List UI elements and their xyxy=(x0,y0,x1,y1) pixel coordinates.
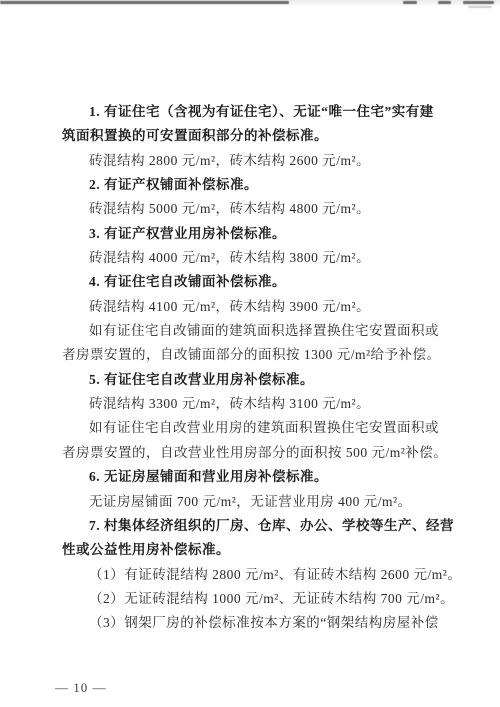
heading-line: 性或公益性用房补偿标准。 xyxy=(62,538,440,562)
body-line: 砖混结构 3300 元/m²，砖木结构 3100 元/m²。 xyxy=(62,392,440,416)
body-line: 者房票安置的，自改铺面部分的面积按 1300 元/m²给予补偿。 xyxy=(62,343,440,367)
body-line: 无证房屋铺面 700 元/m²，无证营业用房 400 元/m²。 xyxy=(62,490,440,514)
body-line: 砖混结构 4100 元/m²，砖木结构 3900 元/m²。 xyxy=(62,295,440,319)
heading-line: 4. 有证住宅自改铺面补偿标准。 xyxy=(62,270,440,294)
body-line: 如有证住宅自改营业用房的建筑面积置换住宅安置面积或 xyxy=(62,416,440,440)
heading-line: 筑面积置换的可安置面积部分的补偿标准。 xyxy=(62,124,440,148)
body-line: （3）钢架厂房的补偿标准按本方案的“钢架结构房屋补偿 xyxy=(62,611,440,635)
body-line: （2）无证砖混结构 1000 元/m²、无证砖木结构 700 元/m²。 xyxy=(62,587,440,611)
body-line: 者房票安置的，自改营业性用房部分的面积按 500 元/m²补偿。 xyxy=(62,441,440,465)
body-line: 如有证住宅自改铺面的建筑面积选择置换住宅安置面积或 xyxy=(62,319,440,343)
scan-edge-artifact xyxy=(468,6,492,8)
scan-edge-artifact xyxy=(438,1,451,4)
page-number: — 10 — xyxy=(55,680,107,696)
scan-edge-artifact xyxy=(463,1,494,4)
heading-line: 7. 村集体经济组织的厂房、仓库、办公、学校等生产、经营 xyxy=(62,514,440,538)
heading-line: 6. 无证房屋铺面和营业用房补偿标准。 xyxy=(62,465,440,489)
document-body: 1. 有证住宅（含视为有证住宅）、无证“唯一住宅”实有建筑面积置换的可安置面积部… xyxy=(62,100,440,636)
body-line: （1）有证砖混结构 2800 元/m²、有证砖木结构 2600 元/m²。 xyxy=(62,563,440,587)
body-line: 砖混结构 4000 元/m²，砖木结构 3800 元/m²。 xyxy=(62,246,440,270)
heading-line: 2. 有证产权铺面补偿标准。 xyxy=(62,173,440,197)
scan-edge-artifact xyxy=(0,1,289,4)
heading-line: 3. 有证产权营业用房补偿标准。 xyxy=(62,222,440,246)
heading-line: 5. 有证住宅自改营业用房补偿标准。 xyxy=(62,368,440,392)
body-line: 砖混结构 5000 元/m²，砖木结构 4800 元/m²。 xyxy=(62,197,440,221)
document-page: 1. 有证住宅（含视为有证住宅）、无证“唯一住宅”实有建筑面积置换的可安置面积部… xyxy=(0,0,500,707)
scan-edge-artifact xyxy=(403,1,417,4)
body-line: 砖混结构 2800 元/m²，砖木结构 2600 元/m²。 xyxy=(62,149,440,173)
heading-line: 1. 有证住宅（含视为有证住宅）、无证“唯一住宅”实有建 xyxy=(62,100,440,124)
